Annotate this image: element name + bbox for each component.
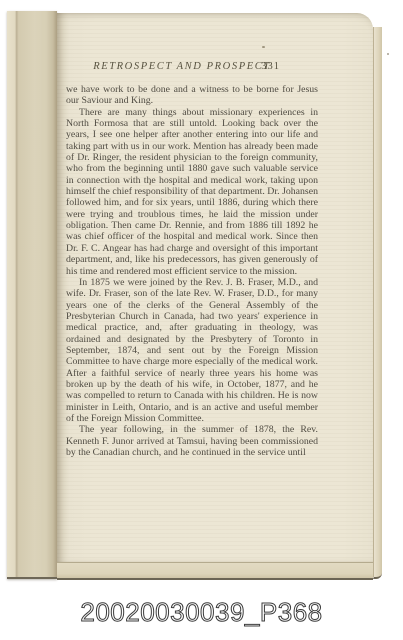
body-paragraph: we have work to be done and a witness to… bbox=[66, 84, 318, 107]
page-number: 331 bbox=[261, 61, 280, 72]
body-paragraph: The year following, in the summer of 187… bbox=[66, 424, 318, 458]
paper-speck bbox=[149, 183, 151, 185]
book-page: RETROSPECT AND PROSPECT 331 we have work… bbox=[57, 13, 373, 562]
body-paragraph: In 1875 we were joined by the Rev. J. B.… bbox=[66, 277, 318, 424]
body-text-block: we have work to be done and a witness to… bbox=[66, 84, 318, 458]
page-stack-bottom-edge bbox=[57, 562, 373, 580]
paper-speck bbox=[262, 46, 265, 48]
paper-speck bbox=[387, 53, 389, 55]
archive-caption-band: 20020030039_P368 bbox=[0, 585, 403, 640]
page-stack-right-edge bbox=[373, 27, 382, 579]
running-header: RETROSPECT AND PROSPECT 331 bbox=[66, 61, 324, 75]
body-paragraph: There are many things about missionary e… bbox=[66, 107, 318, 277]
book-scan-photo: RETROSPECT AND PROSPECT 331 we have work… bbox=[0, 0, 403, 585]
archive-id-caption: 20020030039_P368 bbox=[80, 597, 322, 628]
book-spine-edge bbox=[7, 11, 57, 579]
